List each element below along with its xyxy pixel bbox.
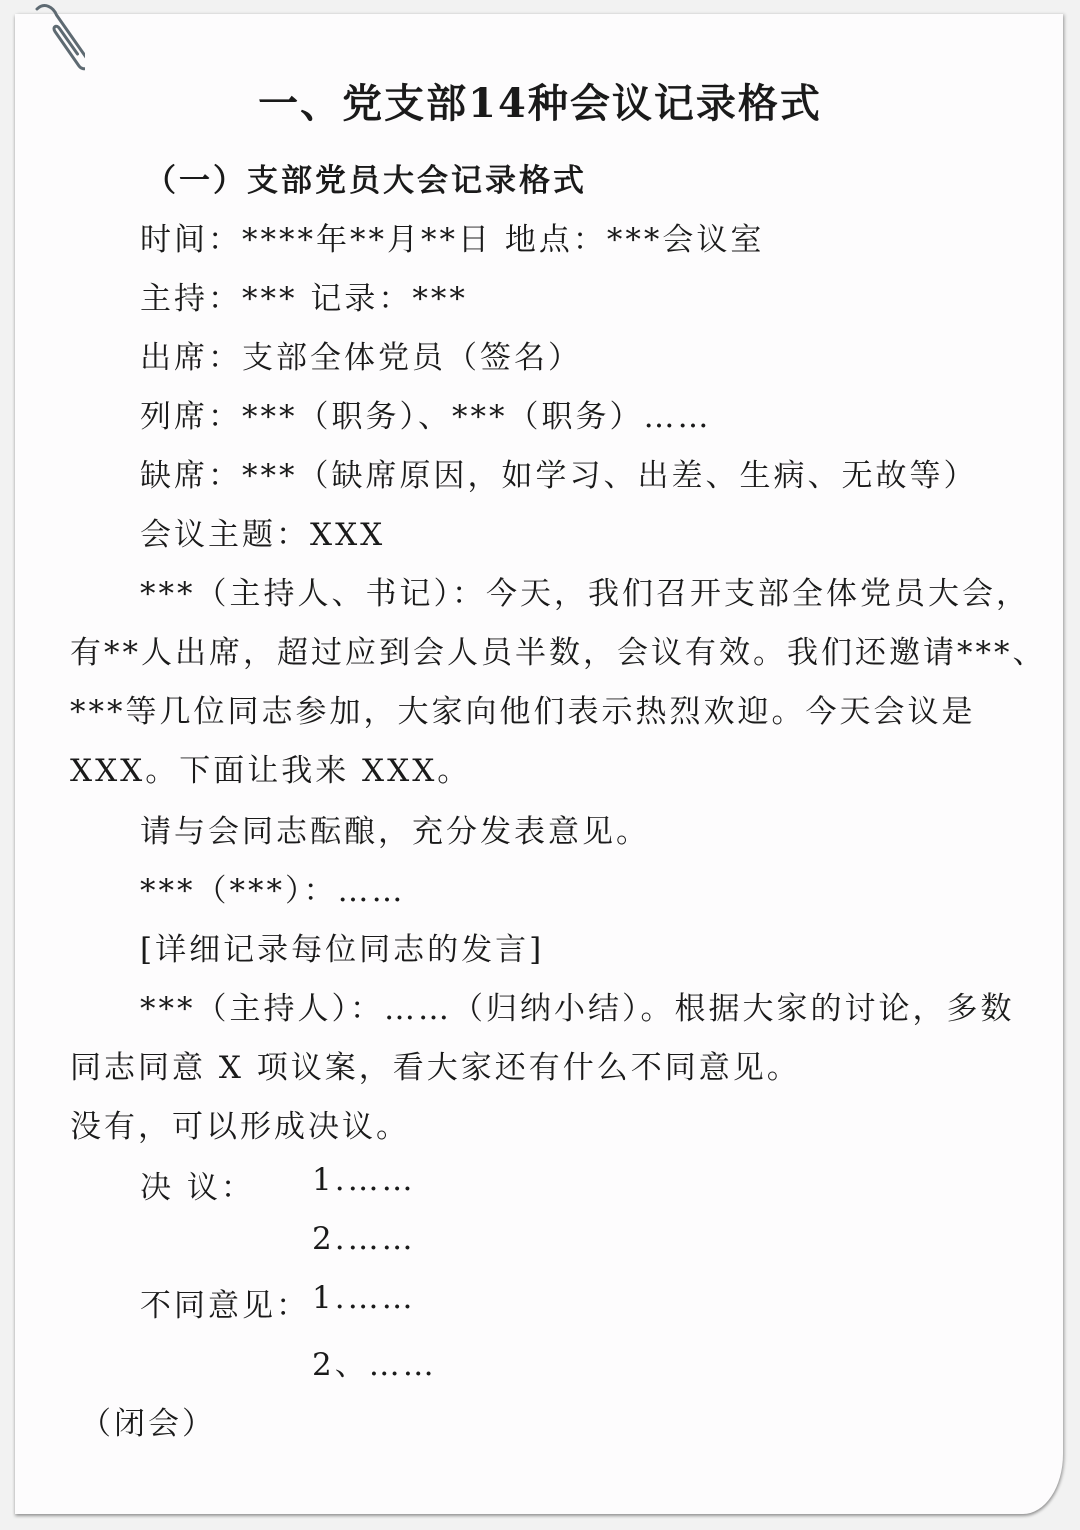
dissent-label: 不同意见： <box>140 1280 310 1325</box>
resolution-item: 1.…… <box>312 1162 416 1198</box>
dissent-item: 2、…… <box>312 1339 437 1384</box>
invite-line: 请与会同志酝酿，充分发表意见。 <box>140 806 650 851</box>
paragraph-line: ***（主持人、书记）：今天，我们召开支部全体党员大会， <box>140 568 1030 613</box>
page-title: 一、党支部14种会议记录格式 <box>0 72 1080 129</box>
host-recorder: 主持：*** 记录：*** <box>140 273 468 318</box>
observers: 列席：***（职务）、***（职务）…… <box>140 391 712 436</box>
section-heading: （一）支部党员大会记录格式 <box>145 155 587 200</box>
speaker-line: ***（***）：…… <box>140 865 406 910</box>
paperclip-icon <box>25 0 85 80</box>
resolution-item: 2.…… <box>312 1221 416 1257</box>
absentees: 缺席：***（缺席原因，如学习、出差、生病、无故等） <box>140 450 978 495</box>
meeting-time-location: 时间：****年**月**日 地点：***会议室 <box>140 214 764 259</box>
paragraph-line: ***等几位同志参加，大家向他们表示热烈欢迎。今天会议是 <box>70 686 976 731</box>
summary-line: 没有，可以形成决议。 <box>70 1101 410 1146</box>
summary-line: 同志同意 X 项议案，看大家还有什么不同意见。 <box>70 1042 801 1087</box>
paragraph-line: XXX。下面让我来 XXX。 <box>70 745 471 790</box>
dissent-item: 1.…… <box>312 1280 416 1316</box>
resolution-label: 决 议： <box>140 1162 255 1207</box>
summary-line: ***（主持人）：……（归纳小结）。根据大家的讨论，多数 <box>140 983 1015 1028</box>
attendees: 出席：支部全体党员（签名） <box>140 332 582 377</box>
meeting-topic: 会议主题：XXX <box>140 509 385 554</box>
closing-line: （闭会） <box>80 1398 216 1443</box>
paragraph-line: 有**人出席，超过应到会人员半数，会议有效。我们还邀请***、 <box>70 627 1047 672</box>
record-note: [详细记录每位同志的发言] <box>140 924 544 969</box>
